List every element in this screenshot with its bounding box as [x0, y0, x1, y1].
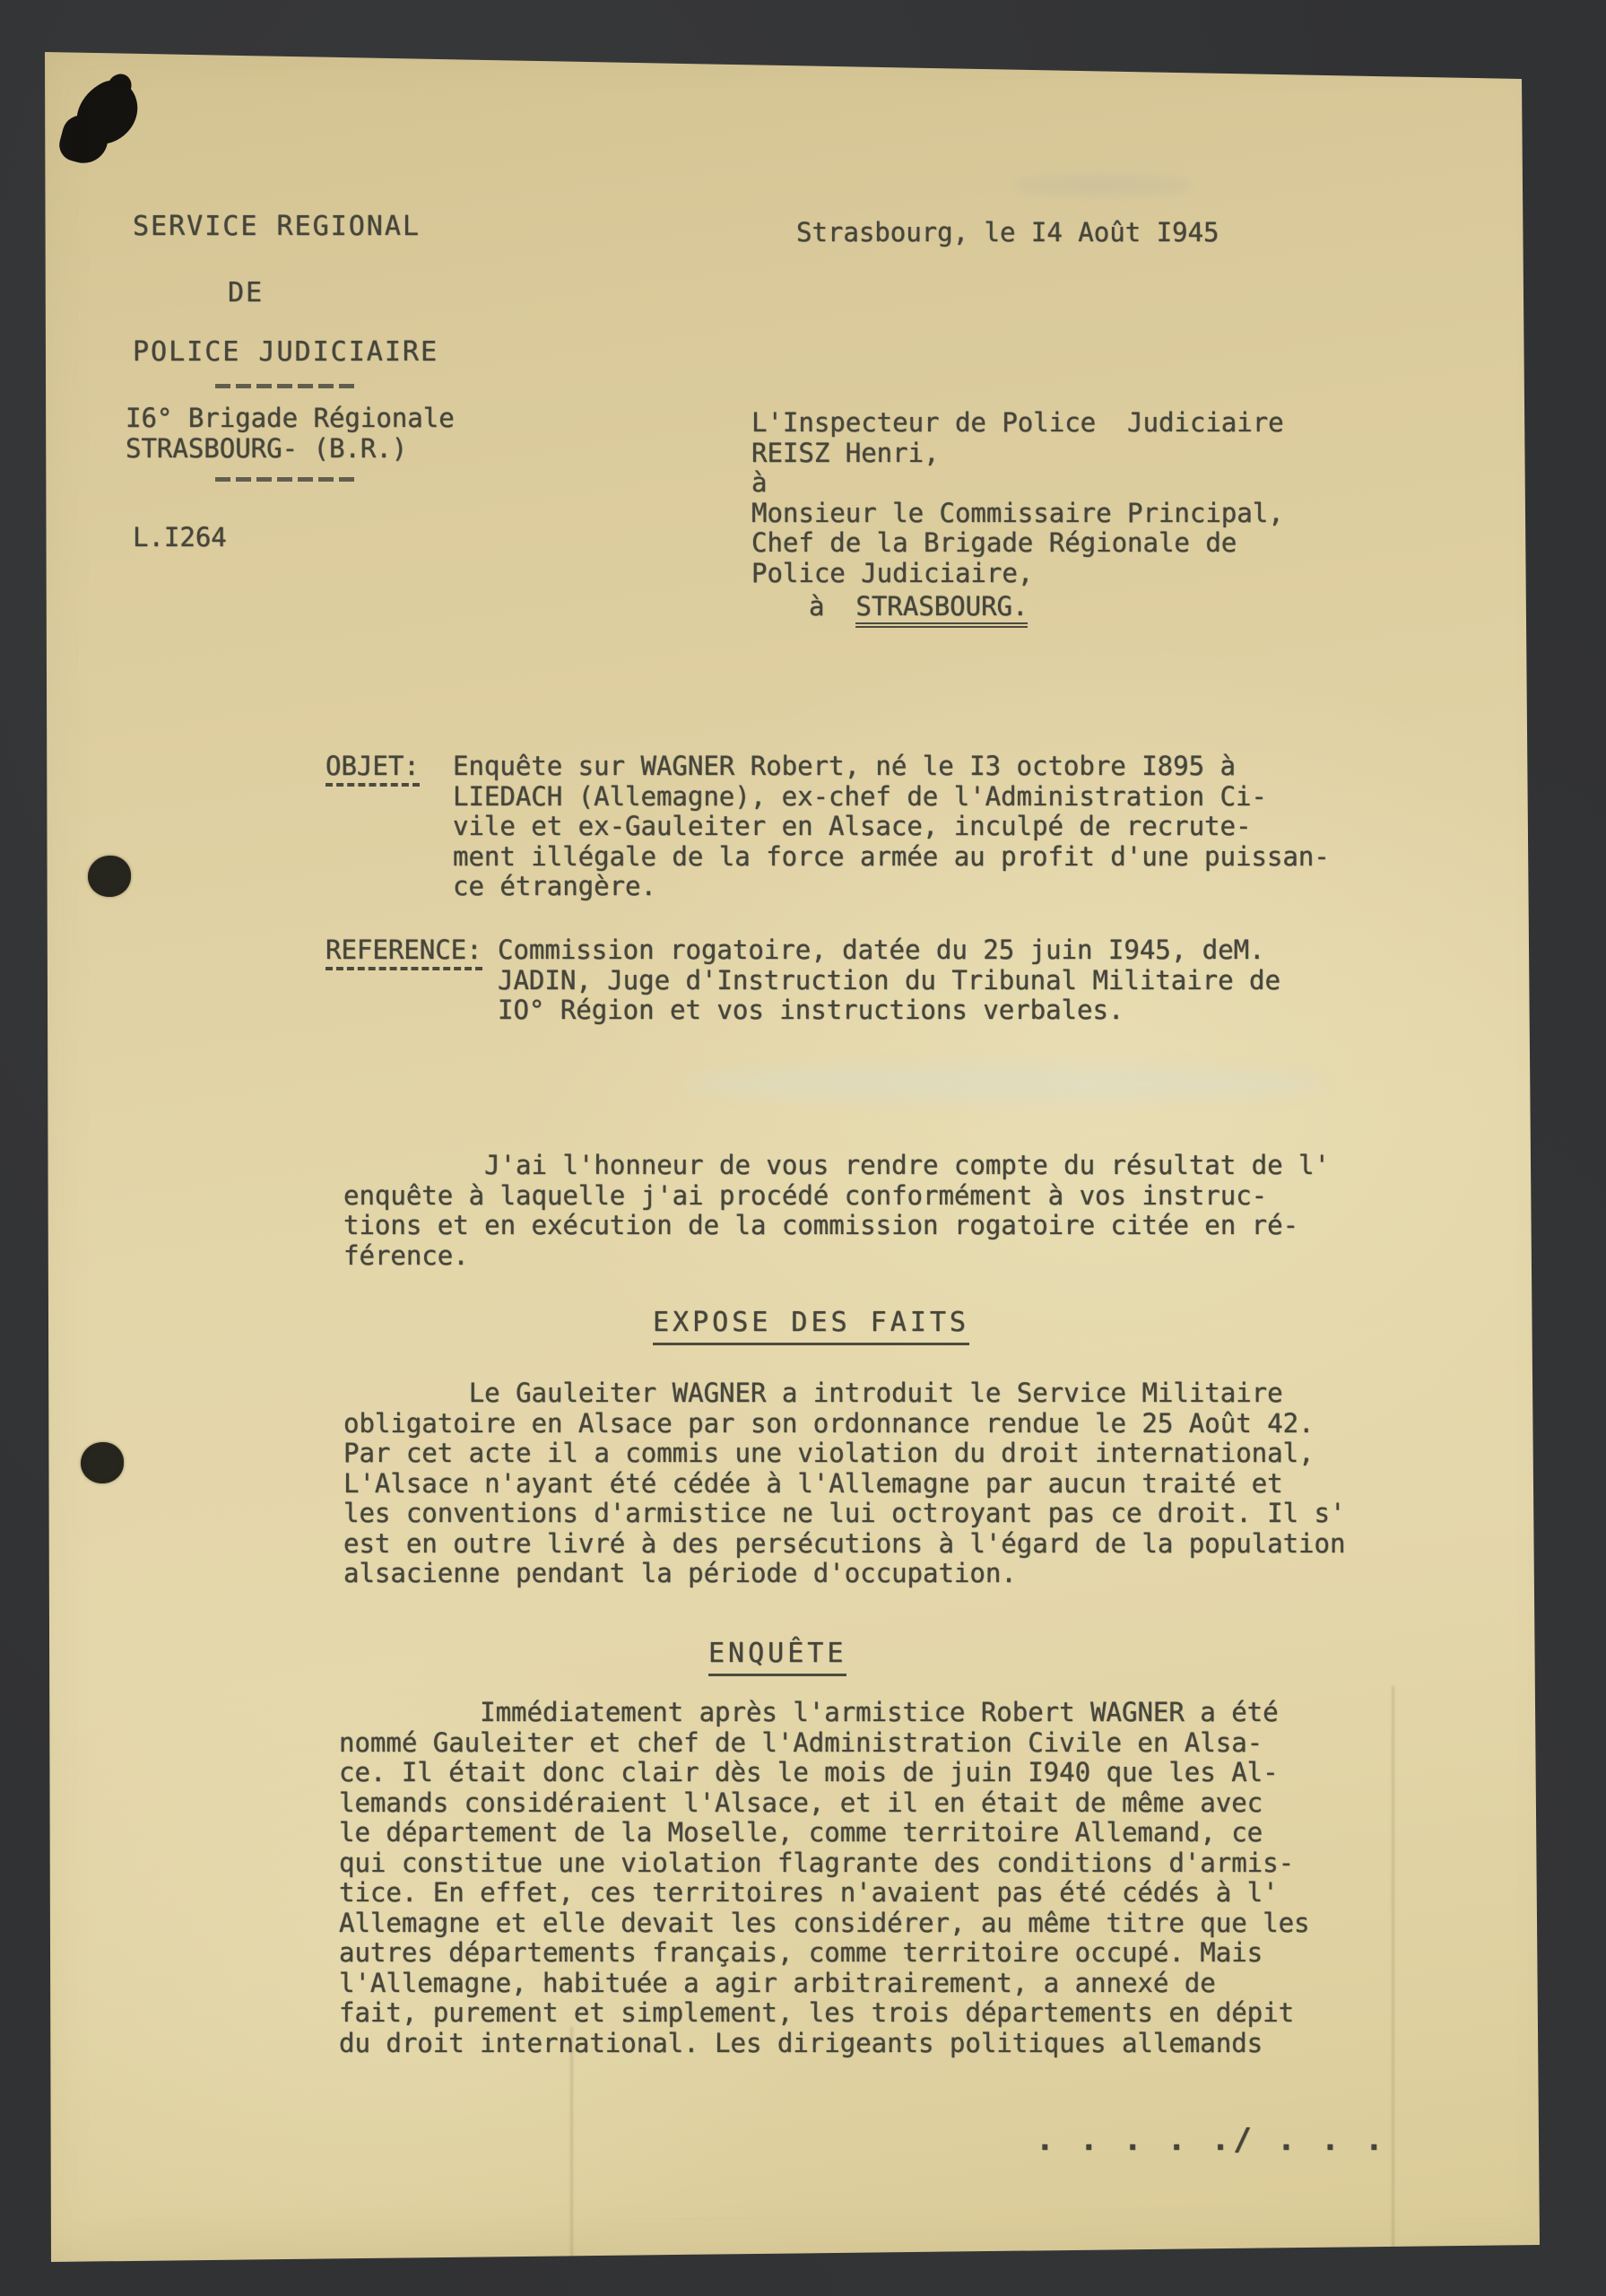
sender-brigade: I6° Brigade Régionale STRASBOURG- (B.R.) — [126, 404, 455, 464]
divider-line — [215, 477, 357, 482]
paper-stain — [681, 1065, 1327, 1101]
file-number: L.I264 — [133, 523, 227, 553]
paper-stain — [1013, 176, 1193, 196]
heading-expose-wrap: EXPOSE DES FAITS — [653, 1308, 969, 1338]
continuation-dots: . . . . ./ . . . — [1036, 2126, 1387, 2156]
enquete-paragraph: Immédiatement après l'armistice Robert W… — [339, 1698, 1397, 2058]
sender-service-name: SERVICE REGIONAL — [133, 212, 421, 242]
addressee-city: STRASBOURG. — [855, 591, 1028, 628]
addressee-city-prefix: à — [809, 591, 824, 622]
scan-background: SERVICE REGIONAL DE POLICE JUDICIAIRE I6… — [0, 0, 1606, 2296]
heading-enquete-wrap: ENQUÊTE — [708, 1639, 846, 1669]
objet-label-wrap: OBJET: — [326, 752, 420, 782]
paper-crease — [570, 2027, 573, 2260]
objet-label: OBJET: — [326, 751, 420, 787]
dateline: Strasbourg, le I4 Août I945 — [796, 218, 1219, 248]
heading-enquete: ENQUÊTE — [708, 1638, 846, 1676]
ink-blot — [61, 74, 158, 174]
objet-text: Enquête sur WAGNER Robert, né le I3 octo… — [453, 752, 1367, 902]
reference-label: REFERENCE: — [326, 935, 482, 970]
sender-service-police: POLICE JUDICIAIRE — [133, 337, 438, 368]
addressee-city-spacer — [824, 591, 855, 622]
intro-paragraph: J'ai l'honneur de vous rendre compte du … — [343, 1151, 1384, 1271]
addressee-block: L'Inspecteur de Police Judiciaire REISZ … — [751, 408, 1284, 588]
reference-text: Commission rogatoire, datée du 25 juin I… — [498, 935, 1376, 1026]
document-paper: SERVICE REGIONAL DE POLICE JUDICIAIRE I6… — [0, 0, 1606, 2296]
punch-hole-top — [88, 856, 131, 897]
divider-line — [215, 384, 359, 388]
sender-service-de: DE — [228, 278, 264, 309]
addressee-city-line: à STRASBOURG. — [809, 592, 1028, 622]
punch-hole-bottom — [81, 1442, 124, 1483]
facts-paragraph: Le Gauleiter WAGNER a introduit le Servi… — [343, 1378, 1384, 1589]
reference-label-wrap: REFERENCE: — [326, 935, 482, 966]
heading-expose-des-faits: EXPOSE DES FAITS — [653, 1307, 969, 1345]
